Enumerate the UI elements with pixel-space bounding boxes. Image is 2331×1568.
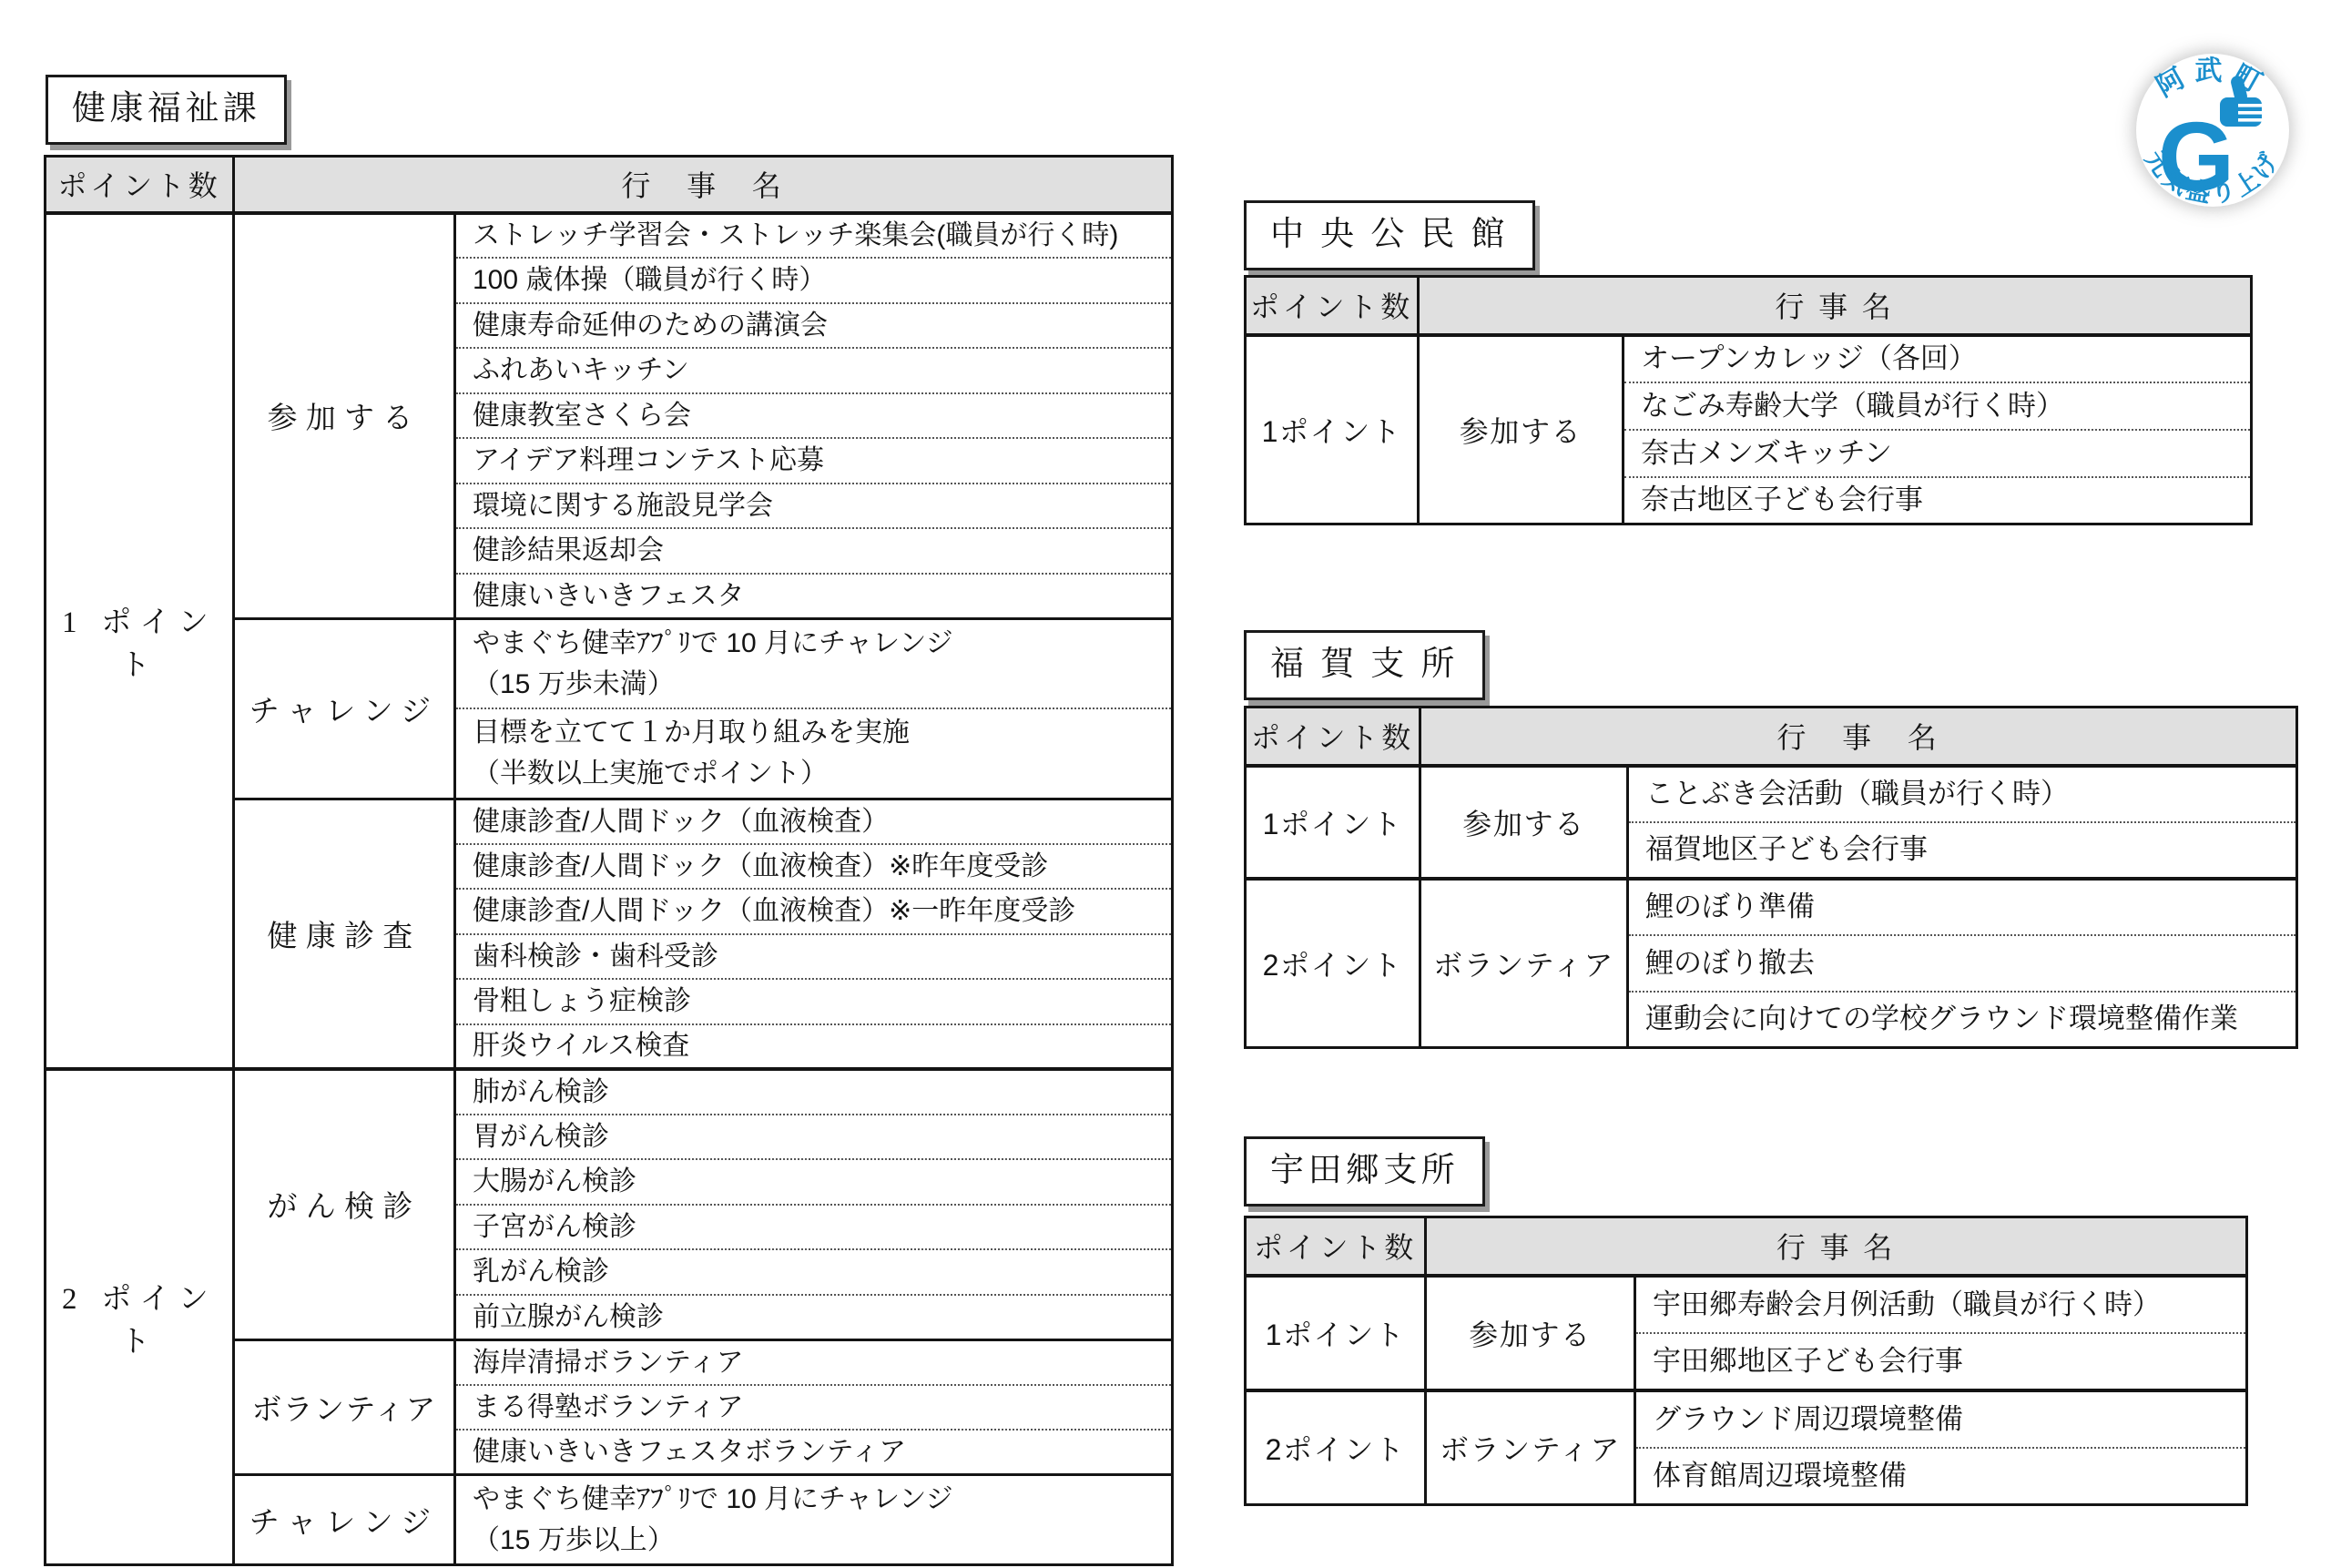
event-cell: やまぐち健幸ｱﾌﾟﾘで 10 月にチャレンジ （15 万歩未満） [455, 618, 1173, 708]
event-name-header: 行 事 名 [1419, 277, 2252, 335]
event-cell: ストレッチ学習会・ストレッチ楽集会(職員が行く時) [455, 213, 1173, 259]
event-cell: 鯉のぼり撤去 [1628, 935, 2297, 992]
event-cell: 健康いきいきフェスタ [455, 574, 1173, 619]
event-cell: 福賀地区子ども会行事 [1628, 822, 2297, 879]
points-cell: 1ポイント [1246, 766, 1420, 879]
event-cell: 鯉のぼり準備 [1628, 879, 2297, 935]
category-cell: 参加する [234, 213, 455, 619]
event-name-header: 行 事 名 [1426, 1217, 2247, 1276]
event-cell: 大腸がん検診 [455, 1159, 1173, 1205]
event-cell: 体育館周辺環境整備 [1635, 1448, 2247, 1505]
event-cell: なごみ寿齢大学（職員が行く時） [1624, 382, 2252, 430]
points-cell: 1ポイント [1246, 335, 1419, 524]
event-cell: 子宮がん検診 [455, 1205, 1173, 1250]
event-cell: やまぐち健幸ｱﾌﾟﾘで 10 月にチャレンジ （15 万歩以上） [455, 1475, 1173, 1565]
event-cell: 健康寿命延伸のための講演会 [455, 303, 1173, 349]
points-table-kenko: ポイント数 行 事 名 1 ポイント 参加する ストレッチ学習会・ストレッチ楽集… [44, 155, 1174, 1566]
points-count-header: ポイント数 [46, 157, 234, 213]
event-name-header: 行 事 名 [1420, 708, 2297, 766]
category-cell: ボランティア [1420, 879, 1628, 1048]
event-name-header: 行 事 名 [234, 157, 1173, 213]
event-cell: まる得塾ボランティア [455, 1385, 1173, 1431]
event-cell: ことぶき会活動（職員が行く時） [1628, 766, 2297, 822]
event-cell: 健康診査/人間ドック（血液検査）※一昨年度受診 [455, 889, 1173, 934]
event-cell: 宇田郷寿齢会月例活動（職員が行く時） [1635, 1276, 2247, 1333]
event-cell: 前立腺がん検診 [455, 1295, 1173, 1340]
category-cell: 参加する [1419, 335, 1624, 524]
event-cell: 奈古地区子ども会行事 [1624, 477, 2252, 524]
points-count-header: ポイント数 [1246, 1217, 1426, 1276]
event-cell: 目標を立てて１か月取り組みを実施 （半数以上実施でポイント） [455, 708, 1173, 799]
event-cell: 健診結果返却会 [455, 528, 1173, 574]
points-table-chuo: ポイント数 行 事 名 1ポイント 参加する オープンカレッジ（各回） なごみ寿… [1244, 275, 2253, 525]
event-cell: アイデア料理コンテスト応募 [455, 438, 1173, 484]
points-cell: 1ポイント [1246, 1276, 1426, 1390]
category-cell: 参加する [1420, 766, 1628, 879]
event-cell: 胃がん検診 [455, 1115, 1173, 1160]
points-cell: 2ポイント [1246, 879, 1420, 1048]
event-cell: 肝炎ウイルス検査 [455, 1024, 1173, 1070]
section-title-udago: 宇田郷支所 [1244, 1136, 1485, 1207]
points-count-header: ポイント数 [1246, 277, 1419, 335]
event-cell: 100 歳体操（職員が行く時） [455, 258, 1173, 303]
event-cell: 環境に関する施設見学会 [455, 484, 1173, 529]
page-root: { "logo": { "town": "阿武町", "letter": "G"… [0, 0, 2331, 1568]
event-cell: 歯科検診・歯科受診 [455, 934, 1173, 980]
points-cell: 2ポイント [1246, 1390, 1426, 1505]
event-cell: 肺がん検診 [455, 1069, 1173, 1115]
event-cell: 運動会に向けての学校グラウンド環境整備作業 [1628, 992, 2297, 1048]
event-cell: オープンカレッジ（各回） [1624, 335, 2252, 382]
event-cell: 海岸清掃ボランティア [455, 1339, 1173, 1385]
abu-town-genki-g-logo: 阿武町 G 元気盛り上げ [2112, 30, 2313, 230]
event-cell: 健康診査/人間ドック（血液検査）※昨年度受診 [455, 844, 1173, 890]
event-cell: ふれあいキッチン [455, 348, 1173, 393]
section-title-fukuga: 福 賀 支 所 [1244, 630, 1485, 700]
event-cell: 健康いきいきフェスタボランティア [455, 1430, 1173, 1475]
category-cell: チャレンジ [234, 618, 455, 799]
points-cell: 2 ポイント [46, 1069, 234, 1565]
section-title-chuo: 中 央 公 民 館 [1244, 200, 1535, 270]
points-table-fukuga: ポイント数 行 事 名 1ポイント 参加する ことぶき会活動（職員が行く時） 福… [1244, 706, 2298, 1049]
points-cell: 1 ポイント [46, 213, 234, 1070]
category-cell: 健康診査 [234, 799, 455, 1069]
points-count-header: ポイント数 [1246, 708, 1420, 766]
event-cell: 奈古メンズキッチン [1624, 430, 2252, 477]
category-cell: ボランティア [1426, 1390, 1635, 1505]
event-cell: 乳がん検診 [455, 1249, 1173, 1295]
event-cell: グラウンド周辺環境整備 [1635, 1390, 2247, 1448]
points-table-udago: ポイント数 行 事 名 1ポイント 参加する 宇田郷寿齢会月例活動（職員が行く時… [1244, 1216, 2248, 1506]
event-cell: 骨粗しょう症検診 [455, 979, 1173, 1024]
event-cell: 宇田郷地区子ども会行事 [1635, 1333, 2247, 1390]
event-cell: 健康教室さくら会 [455, 393, 1173, 439]
event-cell: 健康診査/人間ドック（血液検査） [455, 799, 1173, 844]
category-cell: 参加する [1426, 1276, 1635, 1390]
category-cell: がん検診 [234, 1069, 455, 1339]
category-cell: ボランティア [234, 1339, 455, 1475]
section-title-kenko: 健康福祉課 [46, 75, 287, 145]
category-cell: チャレンジ [234, 1475, 455, 1565]
